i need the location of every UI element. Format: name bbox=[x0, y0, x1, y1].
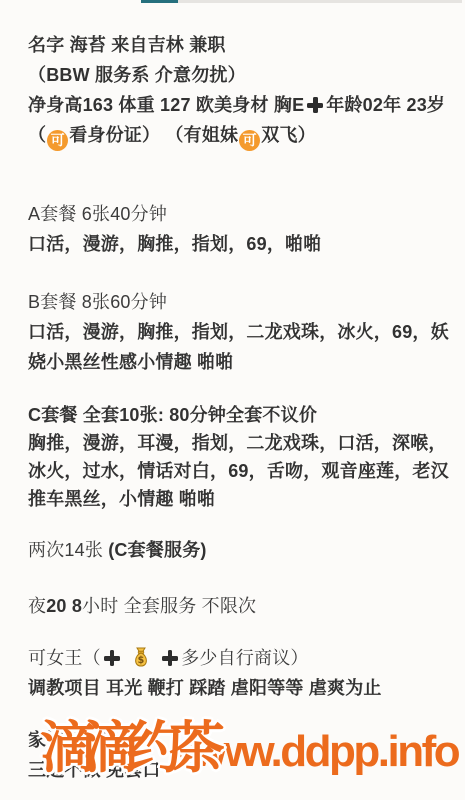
text-segment: 小时 全套服务 不限次 bbox=[82, 596, 256, 616]
text-segment: 多少自行商议） bbox=[181, 648, 308, 668]
text-segment bbox=[123, 648, 128, 668]
text-segment: 推车黑丝，小情趣 啪啪 bbox=[28, 489, 215, 509]
text-line: C套餐 全套10张: 80分钟全套不议价 bbox=[28, 401, 455, 429]
ke-approved-icon: 可 bbox=[239, 130, 260, 151]
text-segment: 口活，漫游，胸推，指划，二龙戏珠，冰火，69，妖 bbox=[28, 322, 449, 342]
text-segment: 20 bbox=[46, 596, 66, 616]
svg-text:$: $ bbox=[138, 655, 145, 666]
text-line: 可女王（ $ 多少自行商议） bbox=[28, 643, 455, 673]
text-segment: 可女王（ bbox=[28, 648, 101, 668]
text-segment: B套餐 8张60分钟 bbox=[28, 292, 167, 312]
overnight-block: 夜20 8小时 全套服务 不限次 bbox=[28, 591, 455, 621]
text-line: 胸推，漫游，耳漫，指划，二龙戏珠，口活，深喉， bbox=[28, 429, 455, 457]
text-segment: 夜 bbox=[28, 596, 46, 616]
intro-block: 名字 海苔 来自吉林 兼职（BBW 服务系 介意勿扰）净身高163 体重 127… bbox=[28, 30, 455, 151]
money-bag-icon: $ bbox=[130, 646, 152, 668]
text-segment: 胸推，漫游，耳漫，指划，二龙戏珠，口活，深喉， bbox=[28, 433, 447, 453]
text-segment: （ bbox=[28, 125, 46, 145]
text-line: 净身高163 体重 127 欧美身材 胸E年龄02年 23岁 bbox=[28, 90, 455, 120]
text-segment: 调教项目 耳光 鞭打 踩踏 虐阳等等 虐爽为止 bbox=[28, 678, 382, 698]
post-text-content: 名字 海苔 来自吉林 兼职（BBW 服务系 介意勿扰）净身高163 体重 127… bbox=[28, 30, 455, 785]
text-line: 推车黑丝，小情趣 啪啪 bbox=[28, 485, 455, 513]
text-segment bbox=[154, 648, 159, 668]
package-c-block: C套餐 全套10张: 80分钟全套不议价胸推，漫游，耳漫，指划，二龙戏珠，口活，… bbox=[28, 401, 455, 513]
text-segment: 两次14张 bbox=[28, 540, 108, 560]
text-segment: 名字 海苔 来自吉林 兼职 bbox=[28, 35, 226, 55]
text-segment: 口活，漫游，胸推，指划，69，啪啪 bbox=[28, 234, 321, 254]
text-segment: A套餐 6张40分钟 bbox=[28, 204, 167, 224]
text-segment: 净身高163 体重 127 欧美身材 胸E bbox=[28, 95, 304, 115]
text-segment: 8 bbox=[72, 596, 82, 616]
watermark-url: www.ddpp.info bbox=[177, 726, 458, 779]
queen-service-block: 可女王（ $ 多少自行商议）调教项目 耳光 鞭打 踩踏 虐阳等等 虐爽为止 bbox=[28, 643, 455, 703]
text-line: 名字 海苔 来自吉林 兼职 bbox=[28, 30, 455, 60]
plus-icon bbox=[162, 650, 178, 666]
text-segment: 冰火，过水，情话对白，69，舌吻，观音座莲，老汉 bbox=[28, 461, 449, 481]
scroll-thumb[interactable] bbox=[141, 0, 178, 3]
text-segment: 看身份证） （有姐妹 bbox=[69, 125, 238, 145]
package-b-block: B套餐 8张60分钟口活，漫游，胸推，指划，二龙戏珠，冰火，69，妖娆小黑丝性感… bbox=[28, 287, 455, 377]
text-line: 夜20 8小时 全套服务 不限次 bbox=[28, 591, 455, 621]
text-line: A套餐 6张40分钟 bbox=[28, 199, 455, 229]
text-line: 口活，漫游，胸推，指划，二龙戏珠，冰火，69，妖 bbox=[28, 317, 455, 347]
double-session-block: 两次14张 (C套餐服务) bbox=[28, 535, 455, 565]
text-segment: C套餐 全套10张: 80分钟全套不议价 bbox=[28, 405, 317, 425]
text-segment: （BBW 服务系 介意勿扰） bbox=[28, 65, 246, 85]
text-line: （BBW 服务系 介意勿扰） bbox=[28, 60, 455, 90]
plus-icon bbox=[104, 650, 120, 666]
text-line: 口活，漫游，胸推，指划，69，啪啪 bbox=[28, 229, 455, 259]
text-line: 两次14张 (C套餐服务) bbox=[28, 535, 455, 565]
watermark-brand: 滴滴约茶 bbox=[40, 714, 212, 781]
plus-icon bbox=[307, 97, 323, 113]
text-segment: (C套餐服务) bbox=[108, 540, 206, 560]
text-line: （可看身份证） （有姐妹可双飞） bbox=[28, 120, 455, 151]
text-segment: 年龄02年 23岁 bbox=[326, 95, 445, 115]
text-segment: 娆小黑丝性感小情趣 啪啪 bbox=[28, 352, 233, 372]
text-line: 娆小黑丝性感小情趣 啪啪 bbox=[28, 347, 455, 377]
package-a-block: A套餐 6张40分钟口活，漫游，胸推，指划，69，啪啪 bbox=[28, 199, 455, 259]
text-line: B套餐 8张60分钟 bbox=[28, 287, 455, 317]
ke-approved-icon: 可 bbox=[47, 130, 68, 151]
scroll-track bbox=[141, 0, 462, 3]
text-line: 调教项目 耳光 鞭打 踩踏 虐阳等等 虐爽为止 bbox=[28, 673, 455, 703]
text-segment: 双飞） bbox=[261, 125, 316, 145]
text-line: 冰火，过水，情话对白，69，舌吻，观音座莲，老汉 bbox=[28, 457, 455, 485]
